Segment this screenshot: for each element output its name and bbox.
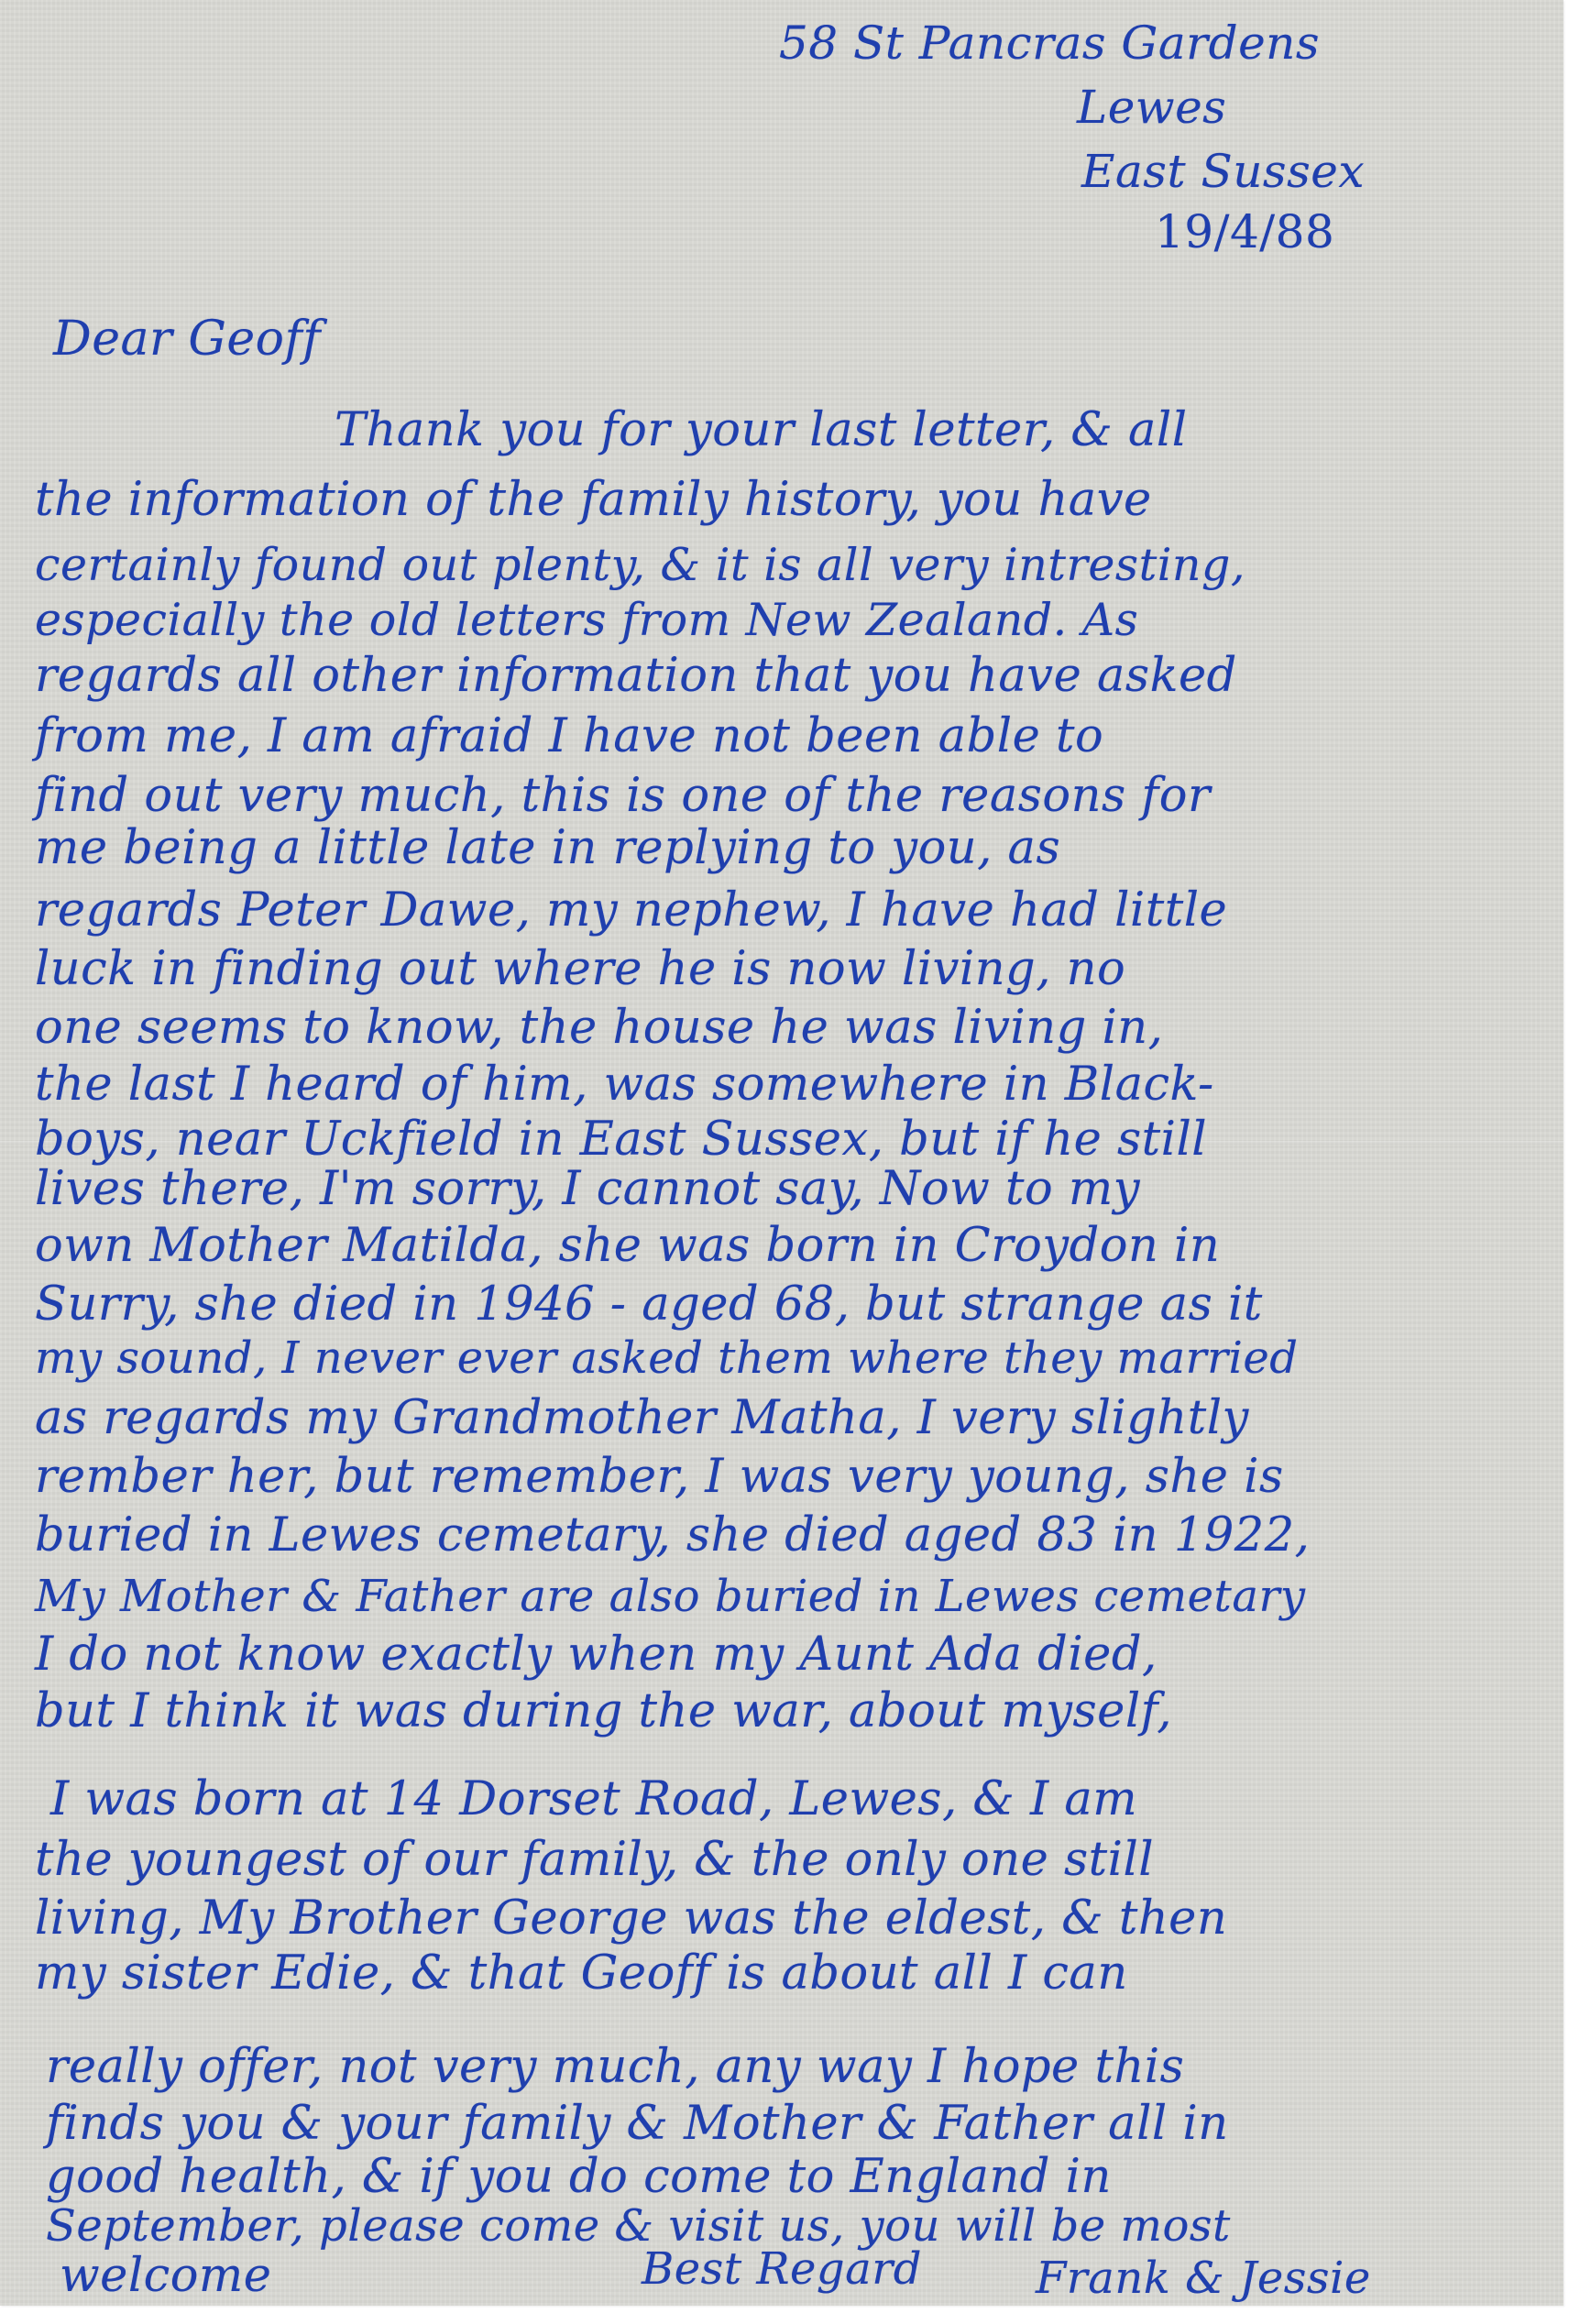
body-line: good health, & if you do come to England… (46, 2154, 1112, 2200)
body-line: regards Peter Dawe, my nephew, I have ha… (35, 887, 1227, 934)
body-line: September, please come & visit us, you w… (46, 2204, 1231, 2248)
body-line: regards all other information that you h… (35, 652, 1237, 699)
body-line: welcome (60, 2253, 271, 2299)
body-line: My Mother & Father are also buried in Le… (35, 1574, 1306, 1618)
body-line: lives there, I'm sorry, I cannot say, No… (35, 1166, 1140, 1212)
body-line: Surry, she died in 1946 - aged 68, but s… (35, 1281, 1263, 1328)
address-town: Lewes (1077, 84, 1226, 130)
salutation: Dear Geoff (53, 312, 321, 367)
body-line: especially the old letters from New Zeal… (35, 597, 1138, 642)
body-line: own Mother Matilda, she was born in Croy… (35, 1222, 1220, 1269)
body-line: the youngest of our family, & the only o… (35, 1836, 1154, 1883)
body-line: boys, near Uckfield in East Sussex, but … (35, 1116, 1207, 1163)
body-line: from me, I am afraid I have not been abl… (35, 713, 1103, 760)
body-line: but I think it was during the war, about… (35, 1688, 1172, 1735)
body-line: my sound, I never ever asked them where … (35, 1336, 1299, 1380)
body-line: I was born at 14 Dorset Road, Lewes, & I… (50, 1776, 1137, 1823)
body-line: one seems to know, the house he was livi… (35, 1004, 1163, 1051)
body-line: living, My Brother George was the eldest… (35, 1895, 1227, 1942)
address-county: East Sussex (1081, 148, 1365, 194)
body-line: find out very much, this is one of the r… (35, 773, 1211, 819)
body-line: rember her, but remember, I was very you… (35, 1453, 1284, 1500)
body-line: certainly found out plenty, & it is all … (35, 543, 1245, 587)
body-line: my sister Edie, & that Geoff is about al… (35, 1950, 1128, 1997)
body-line: the information of the family history, y… (35, 477, 1152, 523)
body-line: really offer, not very much, any way I h… (46, 2044, 1184, 2090)
body-line: me being a little late in replying to yo… (35, 825, 1060, 871)
closing: Best Regard (642, 2243, 922, 2295)
body-line: as regards my Grandmother Matha, I very … (35, 1395, 1249, 1442)
body-line: buried in Lewes cemetary, she died aged … (35, 1512, 1310, 1559)
signature: Frank & Jessie (1036, 2253, 1371, 2304)
letter-date: 19/4/88 (1155, 209, 1334, 255)
address-street: 58 St Pancras Gardens (779, 20, 1320, 66)
body-line: I do not know exactly when my Aunt Ada d… (35, 1631, 1158, 1678)
body-line: the last I heard of him, was somewhere i… (35, 1061, 1214, 1108)
body-line: Thank you for your last letter, & all (335, 407, 1188, 454)
body-line: luck in finding out where he is now livi… (35, 946, 1125, 992)
body-line: finds you & your family & Mother & Fathe… (46, 2100, 1229, 2147)
letter-paper: 58 St Pancras Gardens Lewes East Sussex … (0, 0, 1564, 2306)
